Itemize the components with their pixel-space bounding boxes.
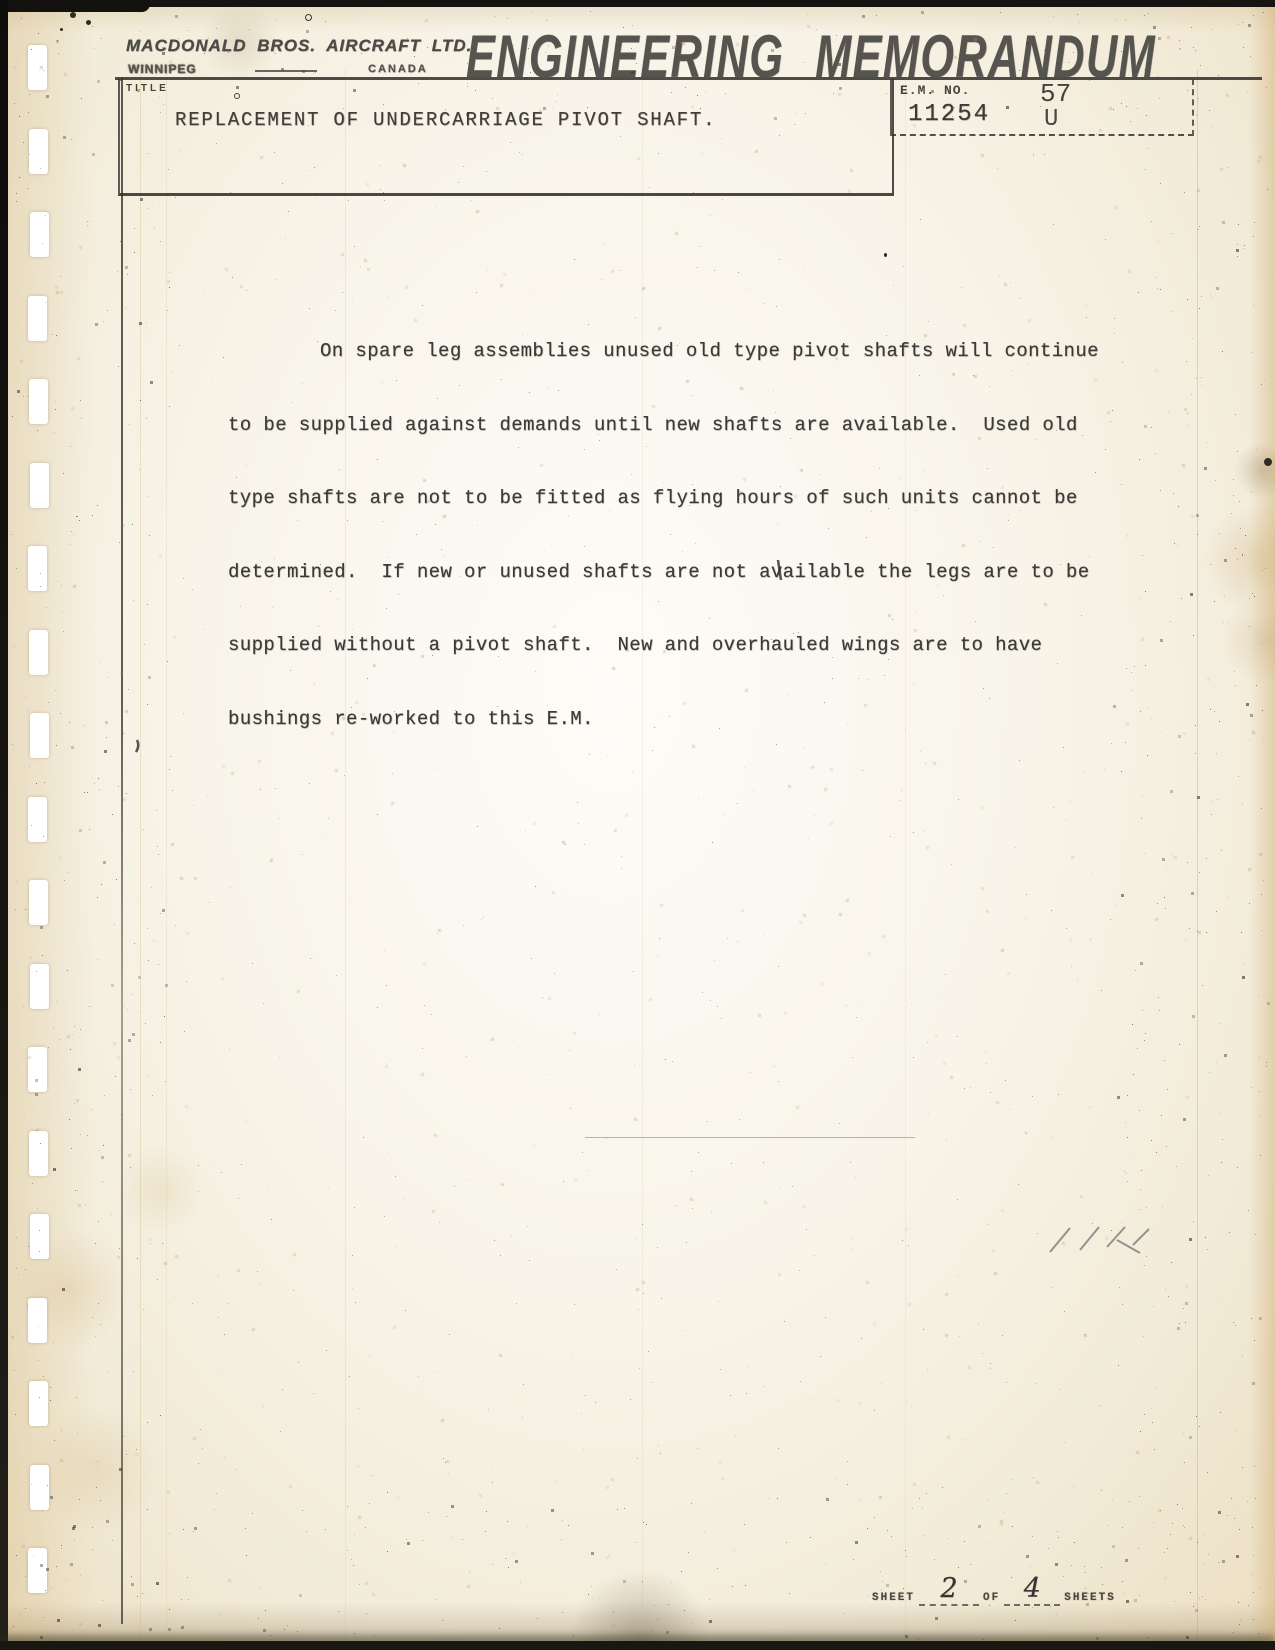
binder-hole	[30, 964, 49, 1009]
body-line: determined. If new or unused shafts are …	[228, 560, 1099, 585]
paper-crease	[166, 70, 167, 1640]
scan-edge-bottom	[0, 1641, 1275, 1650]
memo-title-text: REPLACEMENT OF UNDERCARRIAGE PIVOT SHAFT…	[175, 109, 716, 131]
form-left-rule	[121, 78, 123, 1624]
ink-blotch	[60, 28, 63, 31]
ink-blotch	[234, 93, 240, 99]
binder-hole	[30, 1465, 49, 1510]
of-label: OF	[983, 1592, 1000, 1606]
binder-hole	[29, 630, 48, 675]
binder-hole	[30, 713, 49, 758]
em-number-box: E.M. NO. 11254 57 U	[890, 79, 1194, 136]
sheets-label: SHEETS	[1064, 1592, 1116, 1606]
memo-body-paragraph: On spare leg assemblies unused old type …	[228, 290, 1099, 780]
body-line: bushings re-worked to this E.M.	[228, 707, 1099, 732]
company-subline: WINNIPEG CANADA	[128, 62, 458, 76]
ink-blotch	[86, 20, 91, 25]
binder-hole	[30, 463, 49, 508]
scanned-memo-page: MACDONALD BROS. AIRCRAFT LTD. WINNIPEG C…	[0, 0, 1275, 1650]
binder-hole	[30, 1214, 49, 1259]
paper-stains	[0, 0, 1275, 1650]
binder-hole	[28, 1298, 47, 1343]
ink-blotch	[884, 253, 887, 257]
scan-edge-top	[0, 0, 1275, 7]
company-block: MACDONALD BROS. AIRCRAFT LTD.	[126, 36, 472, 56]
company-country: CANADA	[368, 63, 428, 75]
binder-hole	[29, 1131, 48, 1176]
body-line: type shafts are not to be fitted as flyi…	[228, 486, 1099, 511]
binder-hole	[28, 546, 47, 591]
sheet-counter: SHEET 2 OF 4 SHEETS	[872, 1574, 1116, 1606]
em-code-bottom: U	[1044, 106, 1058, 133]
em-number-label: E.M. NO.	[900, 83, 970, 98]
binder-hole	[29, 880, 48, 925]
title-label: TITLE	[126, 83, 169, 94]
binder-hole	[28, 296, 47, 341]
em-code-top: 57	[1040, 79, 1071, 109]
em-number-value: 11254	[908, 101, 990, 128]
paper-crease	[140, 70, 141, 1640]
binder-hole	[29, 1381, 48, 1426]
binder-hole	[29, 379, 48, 424]
pencil-scribble	[0, 0, 1275, 1650]
ink-blotch	[305, 14, 312, 21]
body-line: to be supplied against demands until new…	[228, 413, 1099, 438]
scan-edge-left	[0, 0, 8, 1650]
binder-hole	[28, 45, 47, 90]
body-line: supplied without a pivot shaft. New and …	[228, 633, 1099, 658]
ink-blotch	[1264, 458, 1272, 466]
total-sheets-value: 4	[1004, 1574, 1060, 1606]
company-name: MACDONALD BROS. AIRCRAFT LTD.	[126, 36, 472, 56]
company-dash-rule	[255, 70, 317, 72]
binder-hole	[28, 797, 47, 842]
body-line: On spare leg assemblies unused old type …	[228, 339, 1099, 364]
binder-hole	[30, 212, 49, 257]
company-city: WINNIPEG	[128, 62, 197, 76]
sheet-label: SHEET	[872, 1592, 915, 1606]
sheet-number-value: 2	[919, 1574, 979, 1606]
binder-hole	[28, 1548, 47, 1593]
scan-artifact-line	[585, 1137, 915, 1138]
ink-blotch	[70, 12, 76, 18]
paper-crease	[1197, 70, 1198, 1640]
binder-hole	[29, 129, 48, 174]
binder-hole	[28, 1047, 47, 1092]
scan-edge-top-left	[0, 0, 150, 12]
